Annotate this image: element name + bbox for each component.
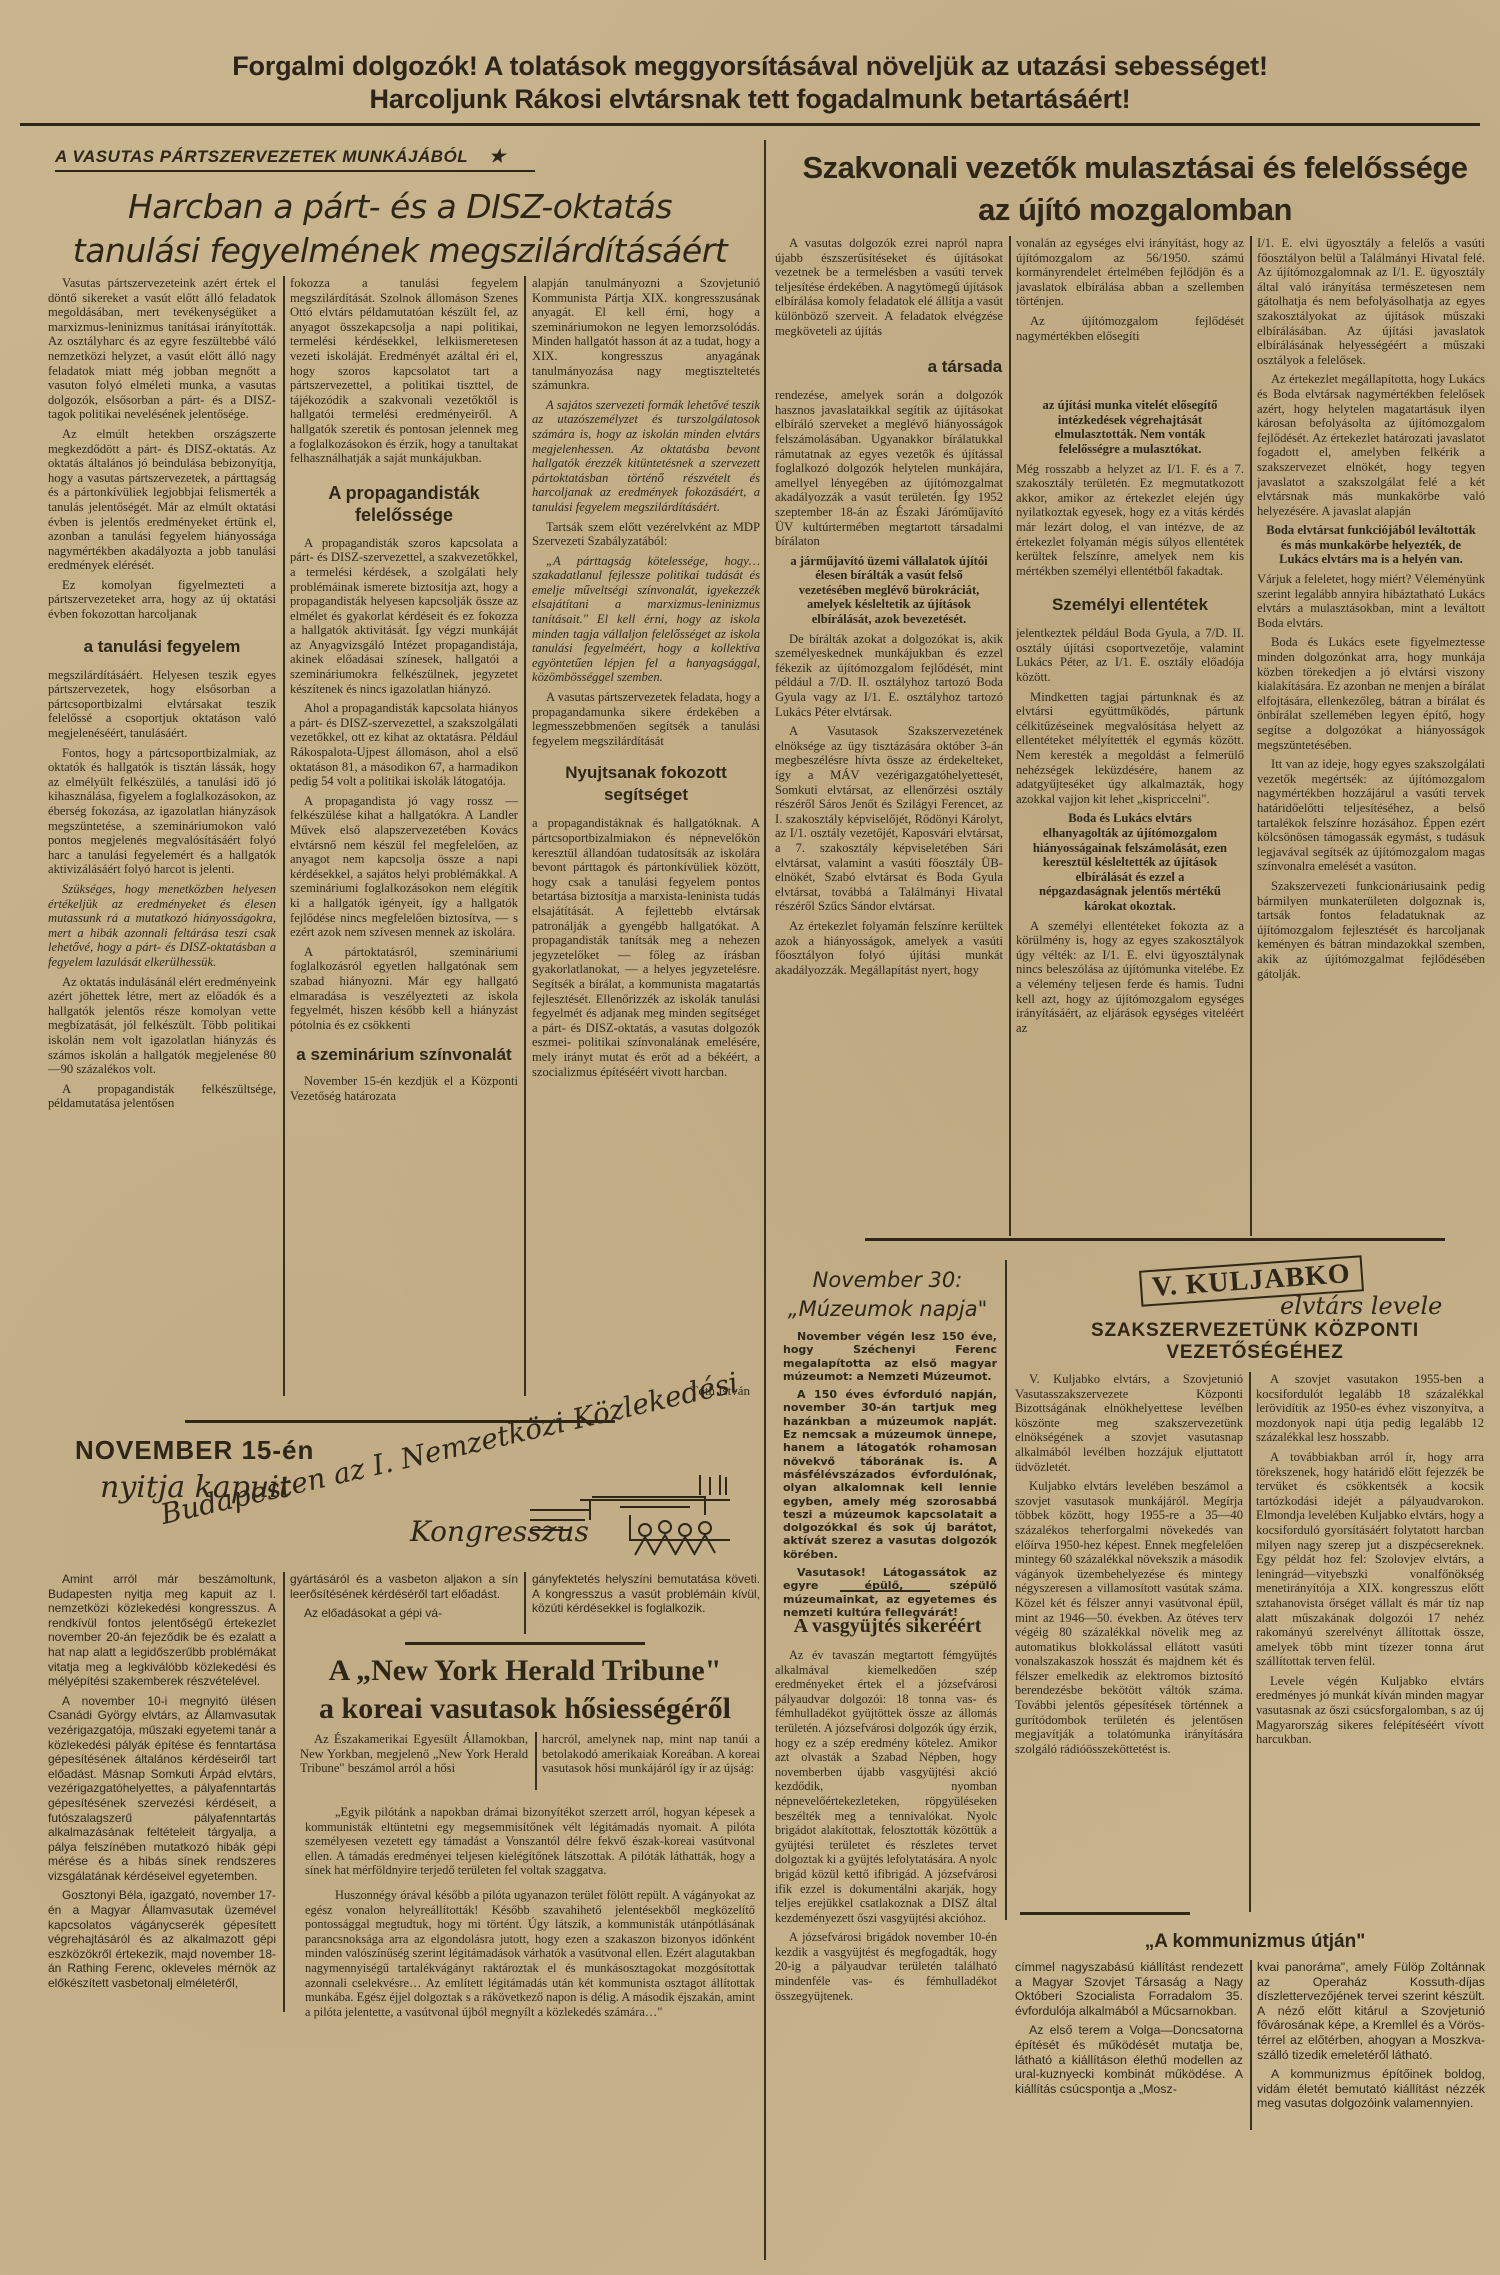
paragraph: Huszonnégy órával később a pilóta ugyana… [305, 1888, 755, 2019]
column-divider [535, 1732, 537, 1790]
paragraph: Ez komolyan figyelmezteti a pártszerveze… [48, 578, 276, 622]
paragraph: Az elmúlt hetekben országszerte megkezdő… [48, 427, 276, 573]
paragraph: Amint arról már beszámoltunk, Budapesten… [48, 1572, 276, 1689]
paragraph: Az előadásokat a gépi vá- [290, 1606, 518, 1621]
masthead-rule [20, 123, 1480, 126]
paragraph: Szükséges, hogy menetközben helyesen ért… [48, 882, 276, 970]
paragraph: Az értekezlet folyamán felszínre kerülte… [775, 919, 1003, 977]
paragraph: „Egyik pilótánk a napokban drámai bizony… [305, 1805, 755, 1878]
paragraph: A 150 éves évforduló napján, november 30… [783, 1388, 997, 1561]
column-divider [1249, 1372, 1251, 1912]
article-title-line-2: tanulási fegyelmének megszilárdításáért [40, 230, 760, 272]
section-rule [1020, 1912, 1190, 1915]
article-column-3: I/1. E. elvi ügyosztály a felelős a vasú… [1257, 236, 1485, 1236]
paragraph: Az újítómozgalom fejlődését nagymértékbe… [1016, 314, 1244, 343]
article-column-3: alapján tanulmányozni a Szovjetunió Komm… [532, 276, 760, 1366]
paragraph: I/1. E. elvi ügyosztály a felelős a vasú… [1257, 236, 1485, 367]
paragraph: A november 10-i megnyitó ülésen Csanádi … [48, 1694, 276, 1884]
paragraph: Az első terem a Volga—Doncsatorna építés… [1015, 2023, 1243, 2096]
kicker-text: A VASUTAS PÁRTSZERVEZETEK MUNKÁJÁBÓL [55, 147, 468, 166]
article-title-line-2: az újító mozgalomban [770, 190, 1500, 230]
paragraph: Mindketten tagjai pártunknak és az elvtá… [1016, 690, 1244, 807]
paragraph: kvai panoráma", amely Fülöp Zoltánnak az… [1257, 1960, 1485, 2062]
paragraph: Itt van az ideje, hogy egyes szakszolgál… [1257, 757, 1485, 874]
paragraph: a járműjavító üzemi vállalatok újítói él… [775, 554, 1003, 627]
paragraph: fokozza a tanulási fegyelem megszilárdít… [290, 276, 518, 466]
article-title: „A kommunizmus útján" [1010, 1931, 1500, 1953]
column-divider [1250, 1960, 1252, 2130]
paragraph: A vasutas pártszervezetek feladata, hogy… [532, 690, 760, 748]
subhead: A propagandisták felelőssége [290, 482, 518, 526]
paragraph: De bírálták azokat a dolgozókat is, akik… [775, 632, 1003, 720]
paragraph: gyártásáról és a vasbeton aljakon a sín … [290, 1572, 518, 1601]
column-divider [524, 1572, 526, 1634]
paragraph: Az értekezlet megállapította, hogy Lukác… [1257, 372, 1485, 518]
paragraph: harcról, amelynek nap, mint nap tanúi a … [542, 1732, 760, 1776]
article-column-2: A szovjet vasutakon 1955-ben a kocsiford… [1256, 1372, 1484, 1912]
slogan-line-2: Harcoljunk Rákosi elvtársnak tett fogada… [0, 83, 1500, 115]
column-divider [1005, 1260, 1007, 1920]
subhead: Nyujtsanak fokozott segítséget [532, 762, 760, 806]
paragraph: November 15-én kezdjük el a Központi Vez… [290, 1074, 518, 1103]
paragraph: A propagandisták szoros kapcsolata a pár… [290, 536, 518, 697]
article-column-1: V. Kuljabko elvtárs, a Szovjetunió Vasut… [1015, 1372, 1243, 1912]
column-divider [524, 276, 526, 1396]
paragraph: vonalán az egységes elvi irányítást, hog… [1016, 236, 1244, 309]
paragraph: címmel nagyszabású kiállítást rendezett … [1015, 1960, 1243, 2018]
paragraph: Vasutas pártszervezeteink azért értek el… [48, 276, 276, 422]
column-divider [283, 1572, 285, 2012]
paragraph: Boda és Lukács elvtárs elhanyagolták az … [1016, 811, 1244, 913]
paragraph: November végén lesz 150 éve, hogy Széche… [783, 1330, 997, 1383]
article-column-1: A vasutas dolgozók ezrei napról napra új… [775, 236, 1003, 1236]
article-quote: „Egyik pilótánk a napokban drámai bizony… [305, 1805, 755, 2024]
paragraph: jelentkeztek például Boda Gyula, a 7/D. … [1016, 626, 1244, 684]
paragraph: Az oktatás indulásánál elért eredményein… [48, 975, 276, 1077]
article-body: November végén lesz 150 éve, hogy Széche… [783, 1330, 997, 1624]
article-column-3: gányfektetés helyszíni bemutatása követi… [532, 1572, 760, 1621]
article-column-2: harcról, amelynek nap, mint nap tanúi a … [542, 1732, 760, 1781]
paragraph: a propagandistáknak és hallgatóknak. A p… [532, 816, 760, 1079]
paragraph: A propagandisták felkészültsége, példamu… [48, 1082, 276, 1111]
article-column-1: Vasutas pártszervezeteink azért értek el… [48, 276, 276, 1396]
paragraph: Boda elvtársat funkciójából leváltották … [1257, 523, 1485, 567]
article-title: A vasgyüjtés sikeréért [770, 1615, 1005, 1638]
article-column-1: címmel nagyszabású kiállítást rendezett … [1015, 1960, 1243, 2101]
paragraph: megszilárdításáért. Helyesen teszik egye… [48, 668, 276, 741]
star-icon: ★ [489, 146, 506, 166]
article-title-line-1: NOVEMBER 15-én [75, 1435, 314, 1466]
paragraph: Fontos, hogy a pártcsoportbizalmiak, az … [48, 746, 276, 877]
paragraph: Az Északamerikai Egyesült Államokban, Ne… [300, 1732, 528, 1776]
paragraph: A vasutas dolgozók ezrei napról napra új… [775, 236, 1003, 338]
paragraph: Vasutasok! Látogassátok az egyre épülő, … [783, 1566, 997, 1619]
paragraph: A pártoktatásról, szemináriumi foglalkoz… [290, 945, 518, 1033]
article-title: SZAKSZERVEZETÜNK KÖZPONTI VEZETŐSÉGÉHEZ [1020, 1320, 1490, 1364]
subhead: Személyi ellentétek [1016, 594, 1244, 616]
paragraph: Ahol a propagandisták kapcsolata hiányos… [290, 701, 518, 789]
paragraph: gányfektetés helyszíni bemutatása követi… [532, 1572, 760, 1616]
column-divider [283, 276, 285, 1396]
paragraph: alapján tanulmányozni a Szovjetunió Komm… [532, 276, 760, 393]
paragraph: A józsefvárosi brigádok november 10-én k… [775, 1930, 997, 2003]
article-column-2: fokozza a tanulási fegyelem megszilárdít… [290, 276, 518, 1396]
paragraph: Tartsák szem előtt vezérelvként az MDP S… [532, 520, 760, 549]
section-rule [840, 1590, 930, 1592]
article-title-line-2: a koreai vasutasok hősiességéről [290, 1690, 760, 1728]
section-rule [405, 1642, 645, 1645]
article-column-1: Amint arról már beszámoltunk, Budapesten… [48, 1572, 276, 2012]
section-rule [865, 1238, 1445, 1241]
subhead: a társadalmi bírálatok [905, 356, 1003, 378]
paragraph: V. Kuljabko elvtárs, a Szovjetunió Vasut… [1015, 1372, 1243, 1474]
article-title-line-1: Harcban a párt- és a DISZ-oktatás [40, 186, 760, 228]
article-body: Az év tavaszán megtartott fémgyüjtés alk… [775, 1648, 997, 2008]
paragraph: az újítási munka vitelét elősegítő intéz… [1016, 398, 1244, 456]
paragraph: Boda és Lukács esete figyelmeztesse mind… [1257, 635, 1485, 752]
article-title-line-2: „Múzeumok napja" [770, 1297, 1005, 1321]
page-center-divider [764, 140, 766, 2260]
article-column-1: Az Északamerikai Egyesült Államokban, Ne… [300, 1732, 528, 1781]
slogan-line-1: Forgalmi dolgozók! A tolatások meggyorsí… [0, 50, 1500, 82]
column-divider [1009, 236, 1011, 1236]
paragraph: Szakszervezeti funkcionáriusaink pedig b… [1257, 879, 1485, 981]
paragraph: A propagandista jó vagy rossz — felkészü… [290, 794, 518, 940]
paragraph: Az év tavaszán megtartott fémgyüjtés alk… [775, 1648, 997, 1925]
paragraph: A szovjet vasutakon 1955-ben a kocsiford… [1256, 1372, 1484, 1445]
paragraph: A továbbiakban arról ír, hogy arra törek… [1256, 1450, 1484, 1669]
paragraph: Levele végén Kuljabko elvtárs eredményes… [1256, 1674, 1484, 1747]
paragraph: A sajátos szervezeti formák lehetővé tes… [532, 398, 760, 515]
paragraph: Még rosszabb a helyzet az I/1. F. és a 7… [1016, 462, 1244, 579]
kicker-underline [55, 170, 535, 172]
paragraph: A kommunizmus építőinek boldog, vidám él… [1257, 2067, 1485, 2111]
article-title-line-1: Szakvonali vezetők mulasztásai és felelő… [770, 148, 1500, 188]
article-title-line-1: November 30: [770, 1268, 1005, 1292]
subhead: a tanulási fegyelem [48, 636, 276, 658]
section-kicker: A VASUTAS PÁRTSZERVEZETEK MUNKÁJÁBÓL ★ [55, 146, 506, 167]
article-column-2: gyártásáról és a vasbeton aljakon a sín … [290, 1572, 518, 1626]
paragraph: Kuljabko elvtárs levelében beszámol a sz… [1015, 1479, 1243, 1756]
paragraph: A Vasutasok Szakszervezetének elnöksége … [775, 724, 1003, 914]
article-title-line-1: A „New York Herald Tribune" [290, 1652, 760, 1690]
subhead: a szeminárium színvonalát [290, 1044, 518, 1066]
article-column-2: vonalán az egységes elvi irányítást, hog… [1016, 236, 1244, 1236]
paragraph: Gosztonyi Béla, igazgató, november 17-én… [48, 1888, 276, 1990]
paragraph: Várjuk a feleletet, hogy miért? Vélemény… [1257, 572, 1485, 630]
paragraph: rendezése, amelyek során a dolgozók hasz… [775, 388, 1003, 549]
congress-hall-illustration [530, 1465, 735, 1560]
article-column-2: kvai panoráma", amely Fülöp Zoltánnak az… [1257, 1960, 1485, 2116]
script-subtitle: elvtárs levele [1280, 1292, 1442, 1320]
paragraph: A személyi ellentéteket fokozta az a kör… [1016, 919, 1244, 1036]
column-divider [1250, 236, 1252, 1236]
paragraph: „A párttagság kötelessége, hogy… szakada… [532, 554, 760, 685]
